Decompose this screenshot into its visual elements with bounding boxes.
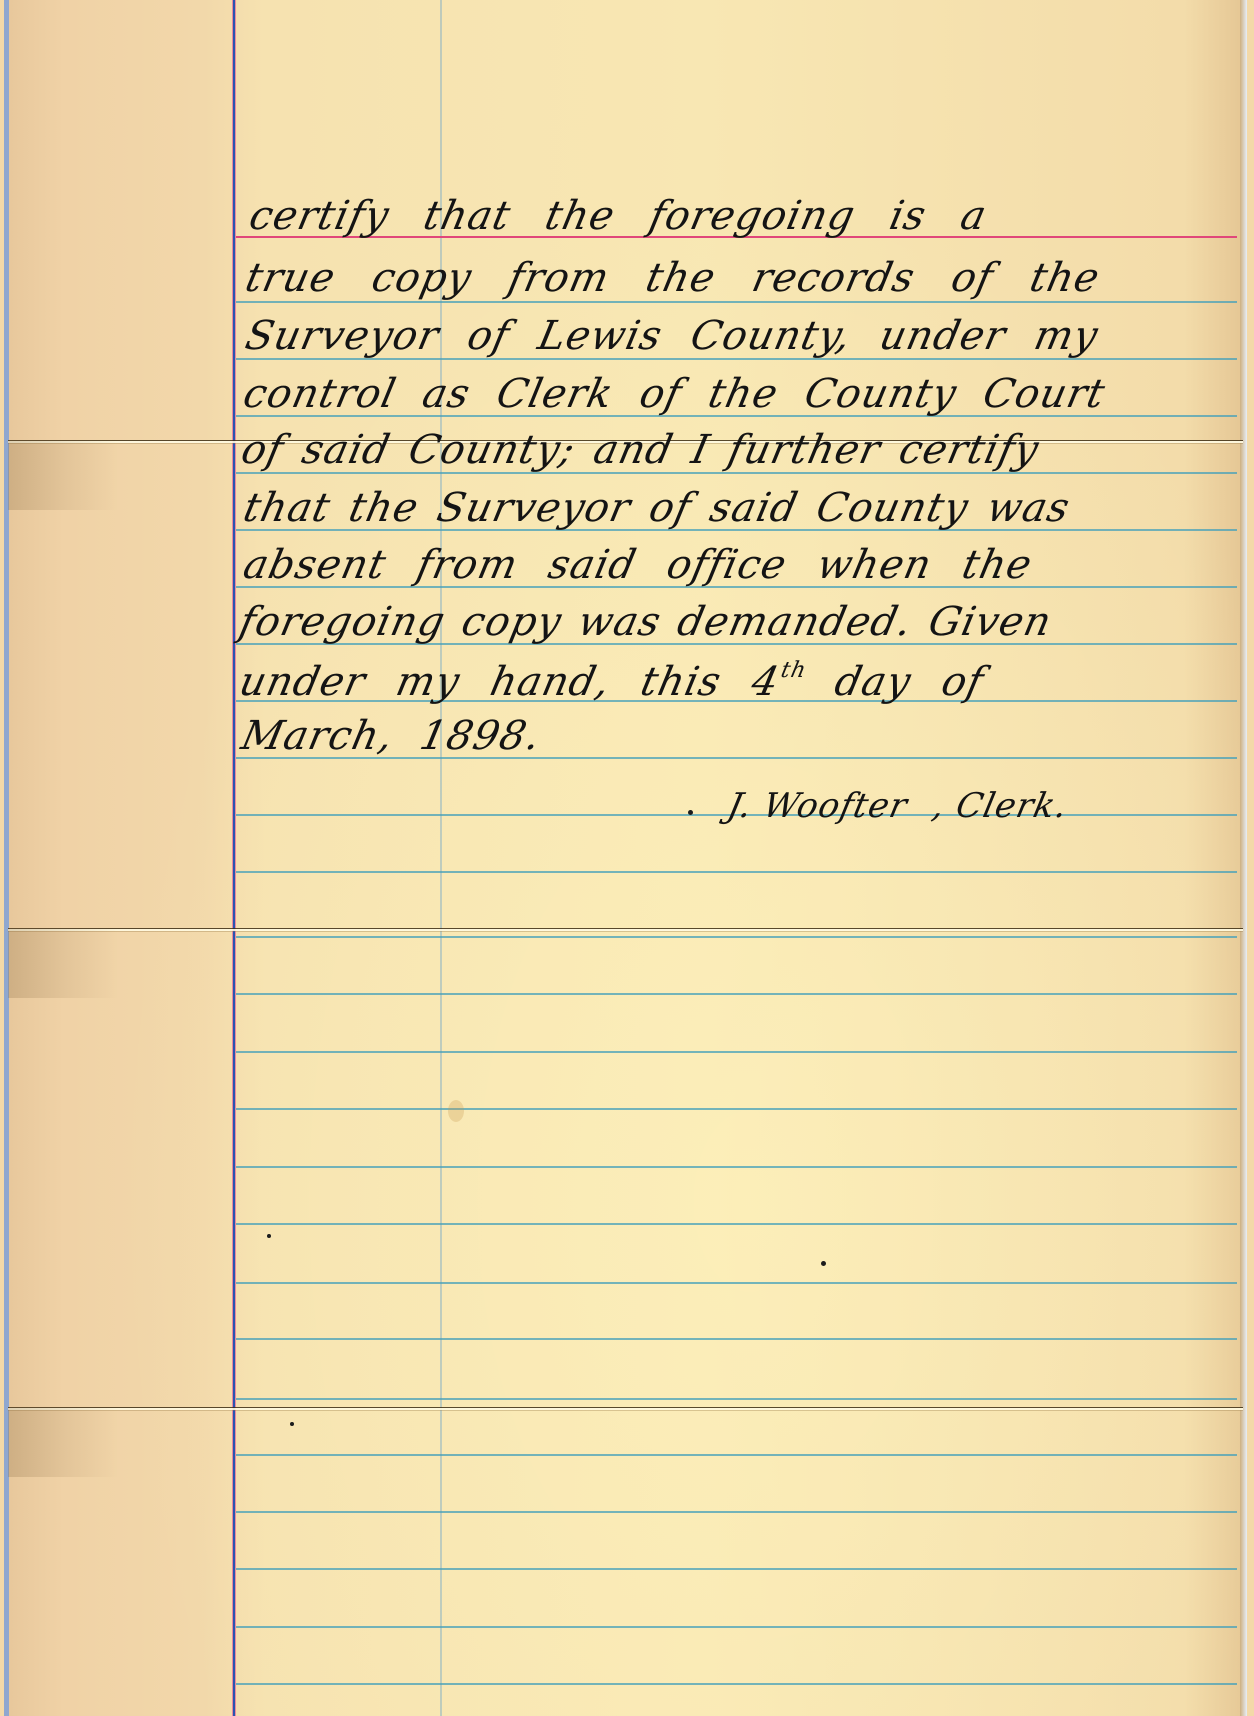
paper-right-edge — [1240, 0, 1247, 1716]
ruled-line — [236, 1511, 1237, 1513]
paper-sheet: certify that the foregoing is a true cop… — [4, 0, 1247, 1716]
signature-title: , Clerk. — [929, 786, 1072, 826]
handwritten-line-7: absent from said office when the — [240, 545, 1036, 585]
handwritten-line-10: March, 1898. — [238, 716, 545, 756]
ruled-line — [236, 1282, 1237, 1284]
ruled-line — [236, 1166, 1237, 1168]
ruled-line — [236, 993, 1237, 995]
ink-speck — [821, 1261, 826, 1266]
left-margin-rule — [232, 0, 236, 1716]
ruled-line — [236, 1398, 1237, 1400]
signature: J. Woofter, Clerk. — [724, 786, 1072, 826]
ruled-line — [236, 871, 1237, 873]
ink-dot — [688, 810, 693, 815]
ruled-line — [236, 1568, 1237, 1570]
ruled-line — [236, 301, 1237, 303]
ruled-line — [236, 1454, 1237, 1456]
handwritten-line-4: control as Clerk of the County Court — [240, 374, 1109, 414]
handwritten-line-1: certify that the foregoing is a — [246, 196, 991, 236]
ruled-line — [236, 936, 1237, 938]
signature-name: J. Woofter — [724, 786, 911, 826]
handwritten-line-9: under my hand, this 4th day of — [236, 660, 988, 702]
ruled-line — [236, 1051, 1237, 1053]
foxing-stain — [448, 1100, 464, 1122]
line-9-tail: day of — [799, 659, 988, 705]
ruled-line — [236, 1223, 1237, 1225]
handwritten-line-2: true copy from the records of the — [242, 258, 1103, 298]
fold-shadow — [8, 1407, 118, 1477]
paper-fold-crease — [8, 928, 1243, 932]
handwritten-line-5: of said County; and I further certify — [238, 430, 1043, 470]
ink-speck — [290, 1422, 294, 1426]
ink-speck — [267, 1234, 271, 1238]
handwritten-line-8: foregoing copy was demanded. Given — [236, 602, 1055, 642]
ruled-line — [236, 1626, 1237, 1628]
line-9-text: under my hand, this 4 — [235, 659, 783, 705]
ruled-line — [236, 1338, 1237, 1340]
handwritten-line-6: that the Surveyor of said County was — [240, 488, 1074, 528]
fold-shadow — [8, 440, 118, 510]
paper-fold-crease — [8, 1407, 1243, 1411]
ruled-line — [236, 1108, 1237, 1110]
ruled-line — [236, 1683, 1237, 1685]
fold-shadow — [8, 928, 118, 998]
handwritten-line-3: Surveyor of Lewis County, under my — [242, 316, 1102, 356]
